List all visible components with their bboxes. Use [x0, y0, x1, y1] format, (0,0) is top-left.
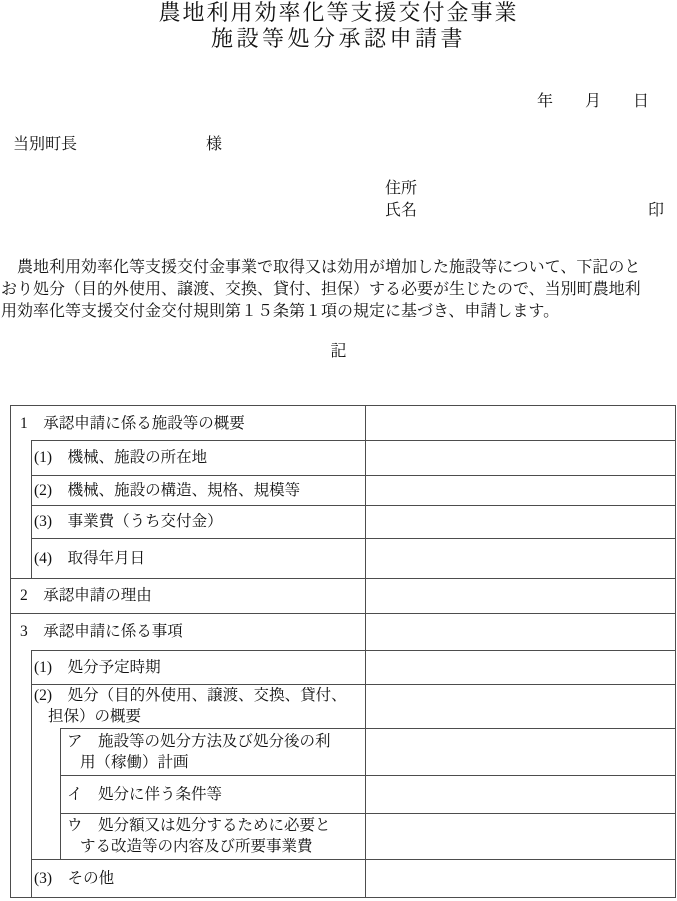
value-cell-3-3-other [366, 859, 677, 897]
row-1-3-project-cost: (3) 事業費（うち交付金） [31, 505, 365, 538]
form-title-line1: 農地利用効率化等支援交付金事業 [0, 0, 677, 26]
value-cell-1-4-acquisition-date [366, 538, 677, 578]
value-cell-3-2-a-disposal-method [366, 728, 677, 775]
value-cell-3-2-i-disposal-conditions [366, 775, 677, 813]
row-3-2-i-disposal-conditions: イ 処分に伴う条件等 [60, 775, 365, 813]
row-1-2-machine-structure: (2) 機械、施設の構造、規格、規模等 [31, 475, 365, 505]
value-cell-3-2-disposal-outline [366, 684, 677, 728]
form-title-line2: 施設等処分承認申請書 [0, 26, 677, 52]
application-table: 1 承認申請に係る施設等の概要 (1) 機械、施設の所在地 (2) 機械、施設の… [10, 405, 676, 898]
row-3-2-a-disposal-method: ア 施設等の処分方法及び処分後の利 用（稼働）計画 [60, 728, 365, 775]
value-cell-2-application-reason [366, 578, 677, 613]
value-cell-3-application-matters [366, 613, 677, 650]
row-3-1-disposal-schedule: (1) 処分予定時期 [31, 650, 365, 684]
value-cell-1-approval-overview [366, 406, 677, 440]
row-3-3-other: (3) その他 [31, 859, 365, 897]
row-3-2-disposal-outline: (2) 処分（目的外使用、譲渡、交換、貸付、 担保）の概要 [31, 684, 365, 728]
addressee-label: 当別町長 [13, 137, 77, 153]
honorific-label: 様 [206, 137, 222, 153]
address-label: 住所 [385, 181, 417, 197]
row-1-1-machine-location: (1) 機械、施設の所在地 [31, 440, 365, 475]
record-marker: 記 [0, 341, 677, 363]
seal-label: 印 [648, 203, 664, 219]
value-cell-1-2-machine-structure [366, 475, 677, 505]
body-paragraph: 農地利用効率化等支援交付金事業で取得又は効用が増加した施設等について、下記のと … [1, 257, 673, 323]
date-line: 年 月 日 [537, 94, 649, 110]
value-cell-3-1-disposal-schedule [366, 650, 677, 684]
row-3-application-matters: 3 承認申請に係る事項 [11, 613, 365, 650]
row-2-application-reason: 2 承認申請の理由 [11, 578, 365, 613]
row-3-2-u-disposal-amount: ウ 処分額又は処分するために必要と する改造等の内容及び所要事業費 [60, 813, 365, 859]
value-cell-1-1-machine-location [366, 440, 677, 475]
name-label: 氏名 [385, 203, 417, 219]
value-cell-1-3-project-cost [366, 505, 677, 538]
row-1-approval-overview: 1 承認申請に係る施設等の概要 [11, 406, 365, 440]
application-form-page: { "header": { "title_line1": "農地利用効率化等支援… [0, 0, 677, 901]
value-cell-3-2-u-disposal-amount [366, 813, 677, 859]
row-1-4-acquisition-date: (4) 取得年月日 [31, 538, 365, 578]
